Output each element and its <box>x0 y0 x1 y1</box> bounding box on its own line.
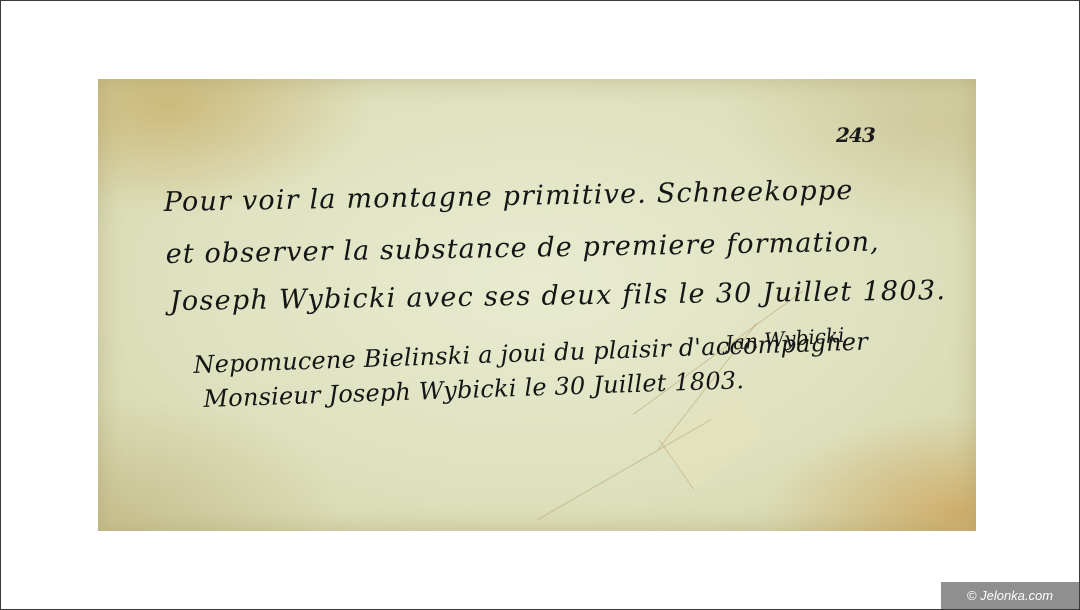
manuscript-line-1: Pour voir la montagne primitive. Schneek… <box>163 175 853 218</box>
manuscript-line-3: Joseph Wybicki avec ses deux fils le 30 … <box>170 275 947 317</box>
page-number: 243 <box>836 123 875 147</box>
manuscript-line-2: et observer la substance de premiere for… <box>165 227 880 270</box>
manuscript-paper: 243 Pour voir la montagne primitive. Sch… <box>98 79 976 531</box>
copyright-watermark: © Jelonka.com <box>941 582 1079 609</box>
manuscript-line-4: Nepomucene Bielinski a joui du plaisir d… <box>193 327 868 379</box>
image-frame: 243 Pour voir la montagne primitive. Sch… <box>0 0 1080 610</box>
